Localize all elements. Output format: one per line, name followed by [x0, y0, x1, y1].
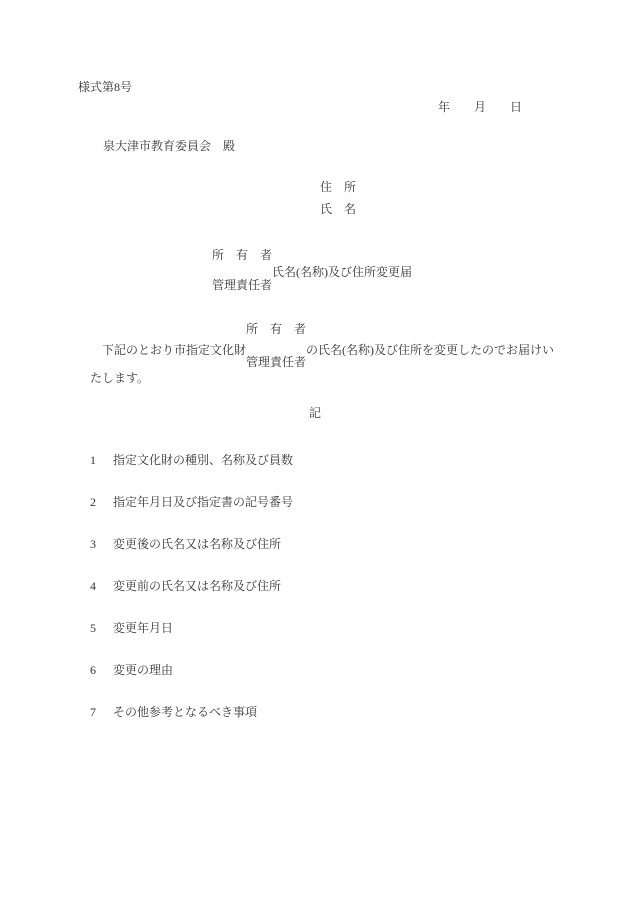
address-label: 住 所	[320, 181, 356, 193]
list-item: 6変更の理由	[90, 664, 173, 676]
item-number: 5	[90, 622, 100, 634]
date-line: 年 月 日	[438, 101, 522, 113]
list-item: 1指定文化財の種別、名称及び員数	[90, 454, 293, 466]
item-number: 3	[90, 538, 100, 550]
item-number: 1	[90, 454, 100, 466]
record-heading: 記	[0, 407, 630, 419]
item-text: 変更の理由	[113, 663, 173, 677]
body-prefix: 下記のとおり市指定文化財	[90, 343, 246, 357]
list-item: 4変更前の氏名又は名称及び住所	[90, 580, 281, 592]
document-title: 所 有 者 管理責任者 氏名(名称)及び住所変更届	[212, 264, 412, 278]
item-number: 2	[90, 496, 100, 508]
title-role-manager: 管理責任者	[212, 279, 272, 291]
body-role-manager: 管理責任者	[246, 356, 306, 368]
item-text: 変更年月日	[113, 621, 173, 635]
item-text: 指定文化財の種別、名称及び員数	[113, 453, 293, 467]
body-role-stack: 所 有 者 管理責任者	[246, 342, 306, 354]
name-label: 氏 名	[320, 203, 356, 215]
title-text: 氏名(名称)及び住所変更届	[272, 265, 412, 279]
title-role-owner: 所 有 者	[212, 249, 272, 261]
item-text: 変更前の氏名又は名称及び住所	[113, 579, 281, 593]
body-suffix: の氏名(名称)及び住所を変更したのでお届けい	[306, 343, 554, 357]
form-number: 様式第8号	[78, 81, 132, 93]
body-role-owner: 所 有 者	[246, 323, 306, 335]
item-number: 7	[90, 706, 100, 718]
item-text: その他参考となるべき事項	[113, 705, 257, 719]
recipient-line: 泉大津市教育委員会 殿	[103, 140, 235, 152]
body-line-2: たします。	[90, 372, 149, 384]
item-text: 指定年月日及び指定書の記号番号	[113, 495, 293, 509]
item-number: 6	[90, 664, 100, 676]
title-role-stack: 所 有 者 管理責任者	[212, 264, 272, 276]
item-number: 4	[90, 580, 100, 592]
list-item: 2指定年月日及び指定書の記号番号	[90, 496, 293, 508]
list-item: 7その他参考となるべき事項	[90, 706, 257, 718]
item-text: 変更後の氏名又は名称及び住所	[113, 537, 281, 551]
list-item: 3変更後の氏名又は名称及び住所	[90, 538, 281, 550]
list-item: 5変更年月日	[90, 622, 173, 634]
body-line-1: 下記のとおり市指定文化財 所 有 者 管理責任者 の氏名(名称)及び住所を変更し…	[90, 342, 554, 356]
document-page: 様式第8号 年 月 日 泉大津市教育委員会 殿 住 所 氏 名 所 有 者 管理…	[0, 0, 630, 903]
